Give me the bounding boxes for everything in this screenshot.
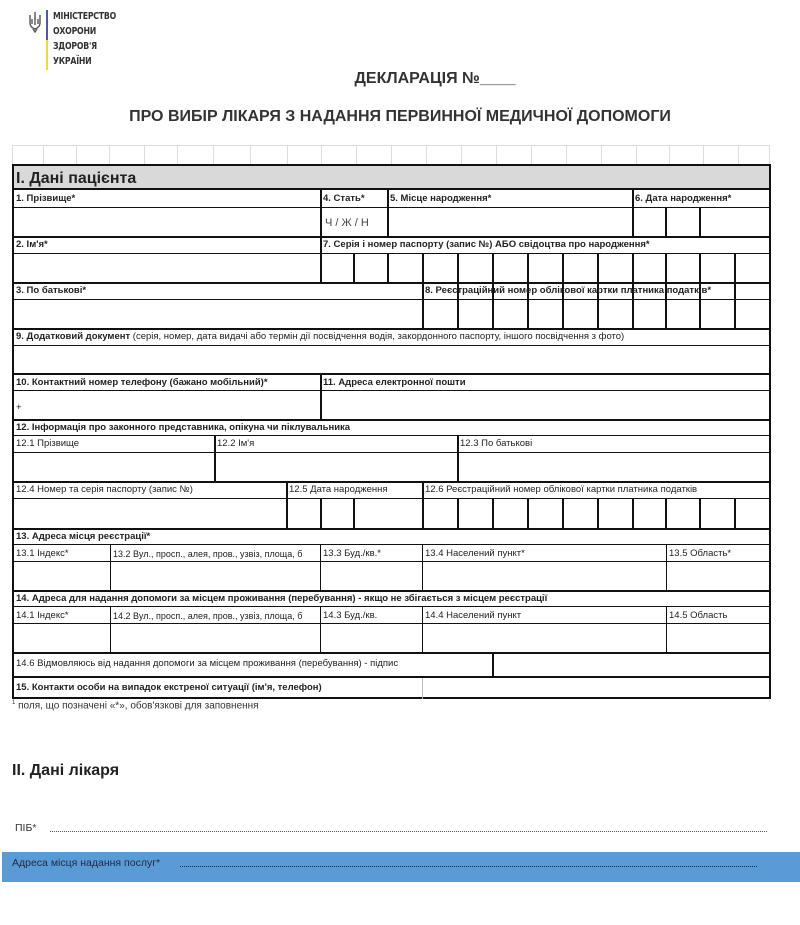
label-tax-id: 8. Реєстраційний номер облікової картки … [425, 285, 711, 297]
logo-line-4: УКРАЇНИ [53, 54, 116, 69]
res-settlement-field[interactable] [423, 624, 666, 652]
label-service-address: Адреса місця надання послуг* [12, 857, 160, 869]
doctor-pib-field[interactable] [50, 824, 767, 832]
label-reg-region: 13.5 Область* [669, 548, 731, 560]
name-field[interactable] [14, 254, 320, 282]
logo-divider [46, 10, 48, 70]
label-res-region: 14.5 Область [669, 610, 727, 622]
res-region-field[interactable] [667, 624, 769, 652]
extra-doc-title: 9. Додатковий документ [16, 331, 130, 342]
label-extra-document: 9. Додатковий документ (серія, номер, да… [16, 331, 624, 343]
surname-field[interactable] [14, 208, 320, 236]
label-reg-settlement: 13.4 Населений пункт* [425, 548, 525, 560]
declaration-subtitle: ПРО ВИБІР ЛІКАРЯ З НАДАННЯ ПЕРВИННОЇ МЕД… [0, 108, 800, 126]
label-reg-street: 13.2 Вул., просп., алея, пров., узвіз, п… [113, 548, 321, 560]
footnote-text: поля, що позначені «*», обов'язкові для … [15, 700, 258, 711]
email-field[interactable] [322, 391, 769, 419]
label-representative: 12. Інформація про законного представник… [16, 422, 350, 434]
res-street-field[interactable] [111, 624, 320, 652]
logo-line-1: МІНІСТЕРСТВО [53, 9, 116, 24]
reg-index-field[interactable] [14, 562, 110, 590]
refuse-signature-field[interactable] [494, 652, 769, 676]
label-passport: 7. Серія і номер паспорту (запис №) АБО … [323, 239, 650, 251]
label-res-street: 14.2 Вул., просп., алея, пров., узвіз, п… [113, 610, 321, 622]
label-phone: 10. Контактний номер телефону (бажано мо… [16, 377, 268, 389]
label-res-address: 14. Адреса для надання допомоги за місце… [16, 593, 547, 605]
ministry-logo-text: МІНІСТЕРСТВО ОХОРОНИ ЗДОРОВ'Я УКРАЇНИ [53, 9, 116, 69]
label-email: 11. Адреса електронної пошти [323, 377, 466, 389]
section-doctor-title: II. Дані лікаря [12, 762, 119, 780]
label-refuse: 14.6 Відмовляюсь від надання допомоги за… [16, 658, 398, 670]
service-address-field[interactable] [180, 859, 757, 867]
patronymic-field[interactable] [14, 300, 422, 328]
patient-data-form: I. Дані пацієнта 1. Прізвище* 4. Стать* … [12, 164, 771, 699]
label-emergency: 15. Контакти особи на випадок екстреної … [16, 682, 322, 694]
label-res-index: 14.1 Індекс* [16, 610, 69, 622]
label-reg-building: 13.3 Буд./кв.* [323, 548, 381, 560]
label-birthplace: 5. Місце народження* [390, 193, 491, 205]
rep-name-field[interactable] [216, 453, 457, 481]
logo-line-3: ЗДОРОВ'Я [53, 39, 116, 54]
label-name: 2. Ім'я* [16, 239, 48, 251]
label-doctor-pib: ПІБ* [15, 822, 36, 834]
label-reg-index: 13.1 Індекс* [16, 548, 69, 560]
rep-patronymic-field[interactable] [459, 453, 769, 481]
res-building-field[interactable] [321, 624, 422, 652]
phone-prefix: + [16, 402, 22, 414]
extra-doc-note: (серія, номер, дата видачі або термін ді… [130, 331, 624, 342]
birthplace-field[interactable] [389, 208, 632, 236]
label-rep-tax-id: 12.6 Реєстраційний номер облікової картк… [425, 484, 697, 496]
label-res-settlement: 14.4 Населений пункт [425, 610, 521, 622]
declaration-title: ДЕКЛАРАЦІЯ №____ [0, 70, 800, 88]
label-patronymic: 3. По батькові* [16, 285, 86, 297]
emergency-contact-field[interactable] [423, 678, 769, 699]
required-fields-footnote: 1 поля, що позначені «*», обов'язкові дл… [12, 700, 259, 711]
rep-surname-field[interactable] [14, 453, 214, 481]
section-patient-title: I. Дані пацієнта [14, 166, 769, 190]
res-index-field[interactable] [14, 624, 110, 652]
label-sex: 4. Стать* [323, 193, 365, 205]
trident-icon [28, 11, 42, 33]
reg-street-field[interactable] [111, 562, 320, 590]
phone-field[interactable] [24, 391, 320, 419]
label-surname: 1. Прізвище* [16, 193, 75, 205]
reg-region-field[interactable] [667, 562, 769, 590]
light-grid-row [12, 145, 770, 166]
label-rep-patronymic: 12.3 По батькові [460, 438, 532, 450]
reg-settlement-field[interactable] [423, 562, 666, 590]
sex-options[interactable]: Ч / Ж / Н [325, 217, 369, 229]
label-rep-birthdate: 12.5 Дата народження [289, 484, 388, 496]
label-rep-surname: 12.1 Прізвище [16, 438, 79, 450]
rep-passport-field[interactable] [14, 499, 286, 528]
logo-line-2: ОХОРОНИ [53, 24, 116, 39]
label-rep-passport: 12.4 Номер та серія паспорту (запис №) [16, 484, 193, 496]
reg-building-field[interactable] [321, 562, 422, 590]
label-birthdate: 6. Дата народження* [635, 193, 731, 205]
extra-document-field[interactable] [14, 346, 769, 373]
label-res-building: 14.3 Буд./кв. [323, 610, 377, 622]
label-rep-name: 12.2 Ім'я [217, 438, 254, 450]
label-reg-address: 13. Адреса місця реєстрації* [16, 531, 150, 543]
